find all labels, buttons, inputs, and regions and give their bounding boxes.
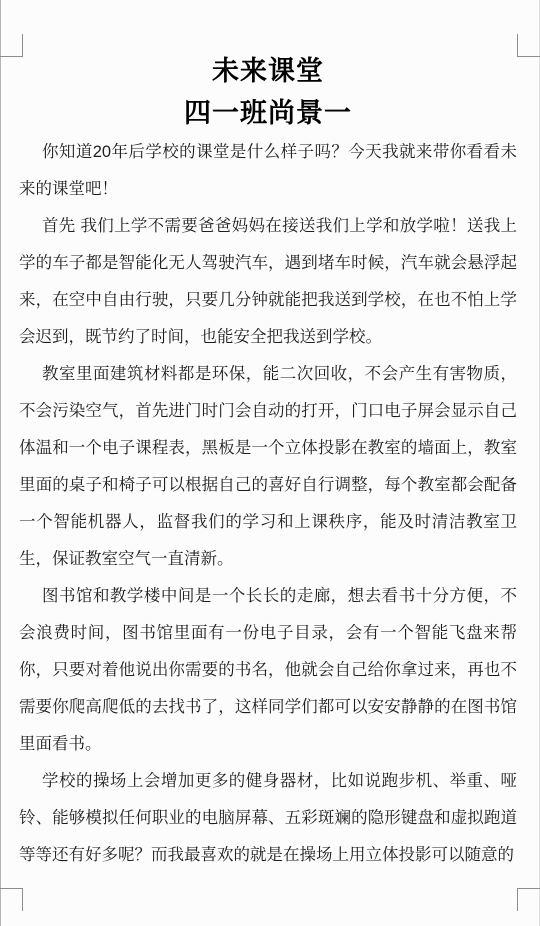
essay-body: 你知道20年后学校的课堂是什么样子吗？今天我就来带你看看未来的课堂吧！ 首先 我… bbox=[19, 134, 517, 874]
document-content: 未来课堂 四一班尚景一 你知道20年后学校的课堂是什么样子吗？今天我就来带你看看… bbox=[19, 50, 517, 874]
margin-mark-bottom-left bbox=[0, 888, 23, 911]
margin-mark-top-right bbox=[517, 34, 540, 57]
essay-paragraph-library: 图书馆和教学楼中间是一个长长的走廊，想去看书十分方便，不会浪费时间，图书馆里面有… bbox=[19, 578, 517, 763]
essay-title: 未来课堂 bbox=[19, 50, 517, 92]
document-page: 未来课堂 四一班尚景一 你知道20年后学校的课堂是什么样子吗？今天我就来带你看看… bbox=[0, 0, 540, 926]
essay-byline: 四一班尚景一 bbox=[19, 92, 517, 134]
page-edge-left bbox=[0, 0, 1, 926]
margin-mark-bottom-right bbox=[517, 888, 540, 911]
essay-paragraph-playground: 学校的操场上会增加更多的健身器材，比如说跑步机、举重、哑铃、能够模拟任何职业的电… bbox=[19, 763, 517, 874]
essay-paragraph-classroom: 教室里面建筑材料都是环保，能二次回收，不会产生有害物质，不会污染空气，首先进门时… bbox=[19, 356, 517, 578]
essay-paragraph-intro: 你知道20年后学校的课堂是什么样子吗？今天我就来带你看看未来的课堂吧！ bbox=[19, 134, 517, 208]
essay-paragraph-commute: 首先 我们上学不需要爸爸妈妈在接送我们上学和放学啦！送我上学的车子都是智能化无人… bbox=[19, 208, 517, 356]
